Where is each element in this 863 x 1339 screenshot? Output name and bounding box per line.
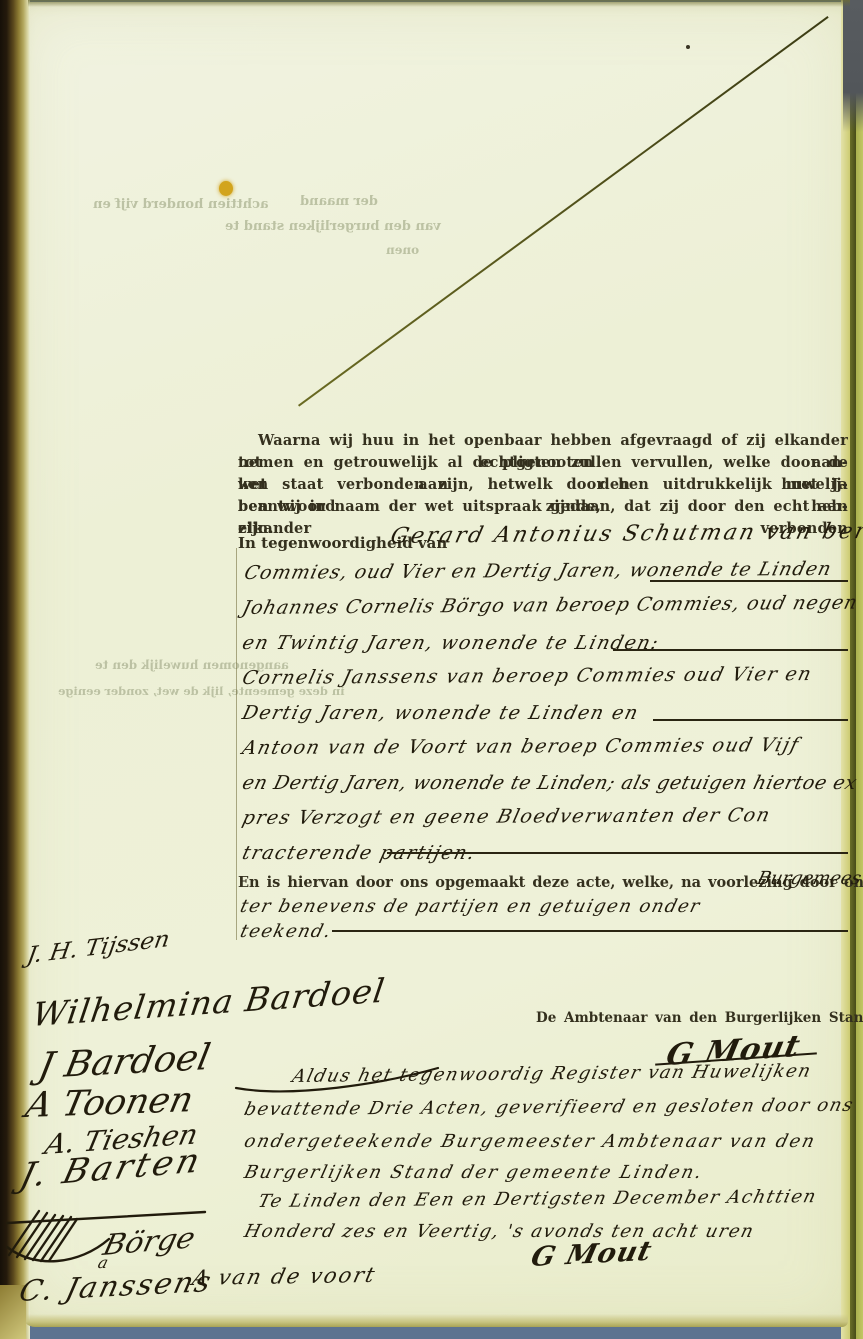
fill-in-rule <box>387 852 848 854</box>
fill-in-rule <box>653 719 848 721</box>
official-title: De Ambtenaar van den Burgerlijken Stand, <box>536 1010 863 1026</box>
register-closing-line: ondergeteekende Burgemeester Ambtenaar v… <box>242 1131 818 1152</box>
register-closing-line: Honderd zes en Veertig, 's avonds ten ac… <box>242 1221 757 1242</box>
page-bottom-edge <box>22 1314 848 1327</box>
bleedthrough-text: van den burgerlijken stand te <box>225 219 441 234</box>
margin-rule-vertical <box>236 548 237 940</box>
signature-a-van-de-voort: A van de voort <box>190 1263 379 1290</box>
fill-in-rule <box>650 580 848 582</box>
top-right-corner-shadow <box>843 0 863 132</box>
witness-entry-line: Antoon van de Voort van beroep Commies o… <box>240 734 802 759</box>
page-edge-right-light <box>841 0 850 1339</box>
witness-entry-line: pres Verzogt en geene Bloedverwanten der… <box>240 804 773 829</box>
bleedthrough-text: achttien honderd vijf en <box>93 197 268 212</box>
book-binding-edge <box>0 0 30 1339</box>
bleedthrough-text: der maand <box>300 194 378 209</box>
witness-entry-line: Cornelis Janssens van beroep Commies oud… <box>240 663 815 689</box>
witness-entry-line: en Dertig Jaren, wonende te Linden; als … <box>240 772 859 794</box>
page-top-edge <box>28 0 850 7</box>
yellow-stain <box>219 181 233 196</box>
register-closing-line: bevattende Drie Acten, geverifieerd en g… <box>242 1095 856 1120</box>
fill-in-rule <box>332 930 848 932</box>
witness-entry-line: Dertig Jaren, wonende te Linden en <box>240 702 641 724</box>
scanned-register-page: achttien honderd vijf en der maand van d… <box>0 0 863 1339</box>
acte-suffix-line: ter benevens de partijen en getuigen ond… <box>238 896 703 917</box>
page-edge-right-outer <box>856 0 863 1339</box>
witness-entry-line: en Twintig Jaren, wonende te Linden: <box>240 632 662 654</box>
ink-speck <box>686 45 690 49</box>
witness-entry-line: Gerard Antonius Schutman van beroep <box>388 519 863 549</box>
acte-suffix-line: teekend. <box>238 921 334 942</box>
register-closing-line: Burgerlijken Stand der gemeente Linden. <box>242 1162 706 1183</box>
bleedthrough-text: onen <box>386 243 419 257</box>
acte-suffix-line: Burgemees <box>755 868 863 889</box>
fill-in-rule <box>613 649 848 651</box>
